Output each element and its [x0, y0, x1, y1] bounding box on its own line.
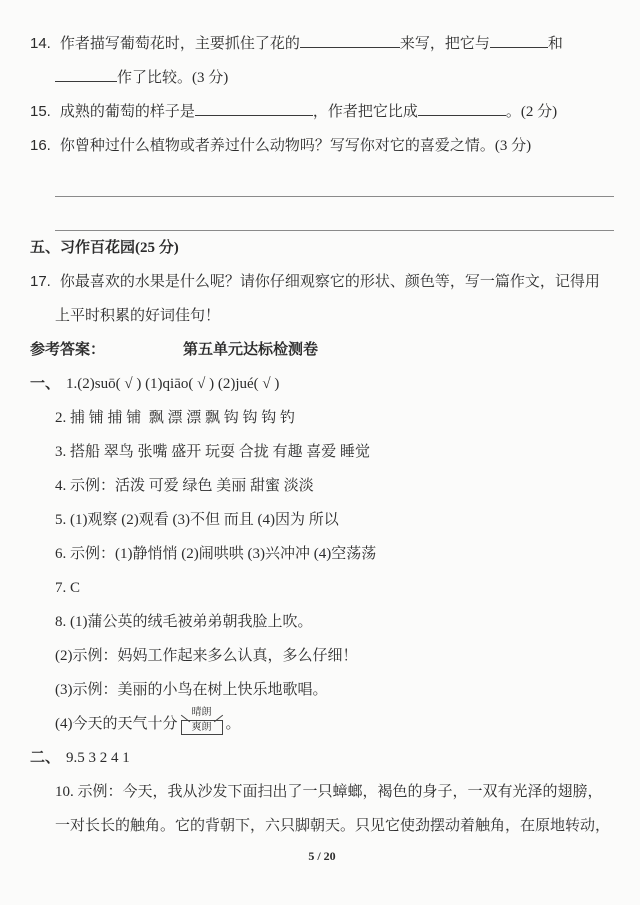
question-15-text-3: 。(2 分): [506, 104, 557, 120]
answer-3: 3. 搭船 翠鸟 张嘴 盛开 玩耍 合拢 有趣 喜爱 睡觉: [30, 435, 614, 469]
answer-1: 1.(2)suō( √ ) (1)qiāo( √ ) (2)jué( √ ): [66, 376, 279, 392]
document-page: 14.作者描写葡萄花时，主要抓住了花的来写，把它与和 作了比较。(3 分) 15…: [0, 0, 640, 905]
question-15-text-1: 成熟的葡萄的样子是: [60, 104, 195, 120]
question-17-number: 17.: [30, 273, 51, 290]
question-17-text-1: 你最喜欢的水果是什么呢？请你仔细观察它的形状、颜色等，写一篇作文，记得用: [60, 274, 600, 290]
answer-10-line1: 10. 示例：今天，我从沙发下面扫出了一只蟑螂，褐色的身子，一双有光泽的翅膀，: [30, 775, 614, 809]
question-14-number: 14.: [30, 35, 51, 52]
question-17-line2: 上平时积累的好词佳句！: [30, 299, 614, 333]
answer-rule-line: [55, 197, 614, 231]
section-1-label: 一、: [30, 376, 60, 392]
answer-8-4-period: 。: [226, 716, 241, 732]
section-2-label: 二、: [30, 750, 60, 766]
answer-section-2-line: 二、9.5 3 2 4 1: [30, 741, 614, 775]
question-14-text-3: 和: [548, 36, 563, 52]
question-17-line1: 17.你最喜欢的水果是什么呢？请你仔细观察它的形状、颜色等，写一篇作文，记得用: [30, 265, 614, 299]
answer-section-1-line: 一、1.(2)suō( √ ) (1)qiāo( √ ) (2)jué( √ ): [30, 367, 614, 401]
question-14-line1: 14.作者描写葡萄花时，主要抓住了花的来写，把它与和: [30, 27, 614, 61]
question-14-text-4: 作了比较。(3 分): [117, 70, 228, 86]
section-5-header: 五、习作百花园(25 分): [30, 231, 614, 265]
answer-key-title: 第五单元达标检测卷: [183, 342, 318, 358]
page-number: 5 / 20: [30, 843, 614, 869]
question-14-text-2: 来写，把它与: [400, 36, 490, 52]
blank-underline: [300, 32, 400, 48]
boxed-word: 爽朗: [181, 720, 223, 735]
question-14-line2: 作了比较。(3 分): [30, 61, 614, 95]
blank-underline: [55, 66, 117, 82]
answer-8-4: (4)今天的天气十分晴朗爽朗。: [30, 707, 614, 741]
answer-8-1: 8. (1)蒲公英的绒毛被弟弟朝我脸上吹。: [30, 605, 614, 639]
question-15-line: 15.成熟的葡萄的样子是，作者把它比成。(2 分): [30, 95, 614, 129]
answer-6: 6. 示例：(1)静悄悄 (2)闹哄哄 (3)兴冲冲 (4)空荡荡: [30, 537, 614, 571]
answer-9: 9.5 3 2 4 1: [66, 750, 130, 766]
answer-10-line2: 一对长长的触角。它的背朝下，六只脚朝天。只见它使劲摆动着触角，在原地转动，: [30, 809, 614, 843]
blank-underline: [195, 100, 313, 116]
answer-8-3: (3)示例：美丽的小鸟在树上快乐地歌唱。: [30, 673, 614, 707]
question-14-text-1: 作者描写葡萄花时，主要抓住了花的: [60, 36, 300, 52]
question-15-number: 15.: [30, 103, 51, 120]
question-16-number: 16.: [30, 137, 51, 154]
answer-8-2: (2)示例：妈妈工作起来多么认真，多么仔细！: [30, 639, 614, 673]
answer-2: 2. 捕 铺 捕 铺 飘 漂 漂 飘 钩 钩 钩 钓: [30, 401, 614, 435]
answer-5: 5. (1)观察 (2)观看 (3)不但 而且 (4)因为 所以: [30, 503, 614, 537]
inserted-word: 晴朗: [181, 708, 223, 720]
answer-4: 4. 示例：活泼 可爱 绿色 美丽 甜蜜 淡淡: [30, 469, 614, 503]
blank-underline: [418, 100, 506, 116]
proofreading-correction-mark: 晴朗爽朗: [181, 708, 223, 735]
answer-key-label: 参考答案：: [30, 342, 105, 358]
question-16-text: 你曾种过什么植物或者养过什么动物吗？写写你对它的喜爱之情。(3 分): [60, 138, 531, 154]
blank-underline: [490, 32, 548, 48]
answer-8-4-text: (4)今天的天气十分: [55, 716, 178, 732]
question-16-line: 16.你曾种过什么植物或者养过什么动物吗？写写你对它的喜爱之情。(3 分): [30, 129, 614, 163]
answer-rule-line: [55, 163, 614, 197]
answer-7: 7. C: [30, 571, 614, 605]
answer-key-header: 参考答案：第五单元达标检测卷: [30, 333, 614, 367]
question-15-text-2: ，作者把它比成: [313, 104, 418, 120]
